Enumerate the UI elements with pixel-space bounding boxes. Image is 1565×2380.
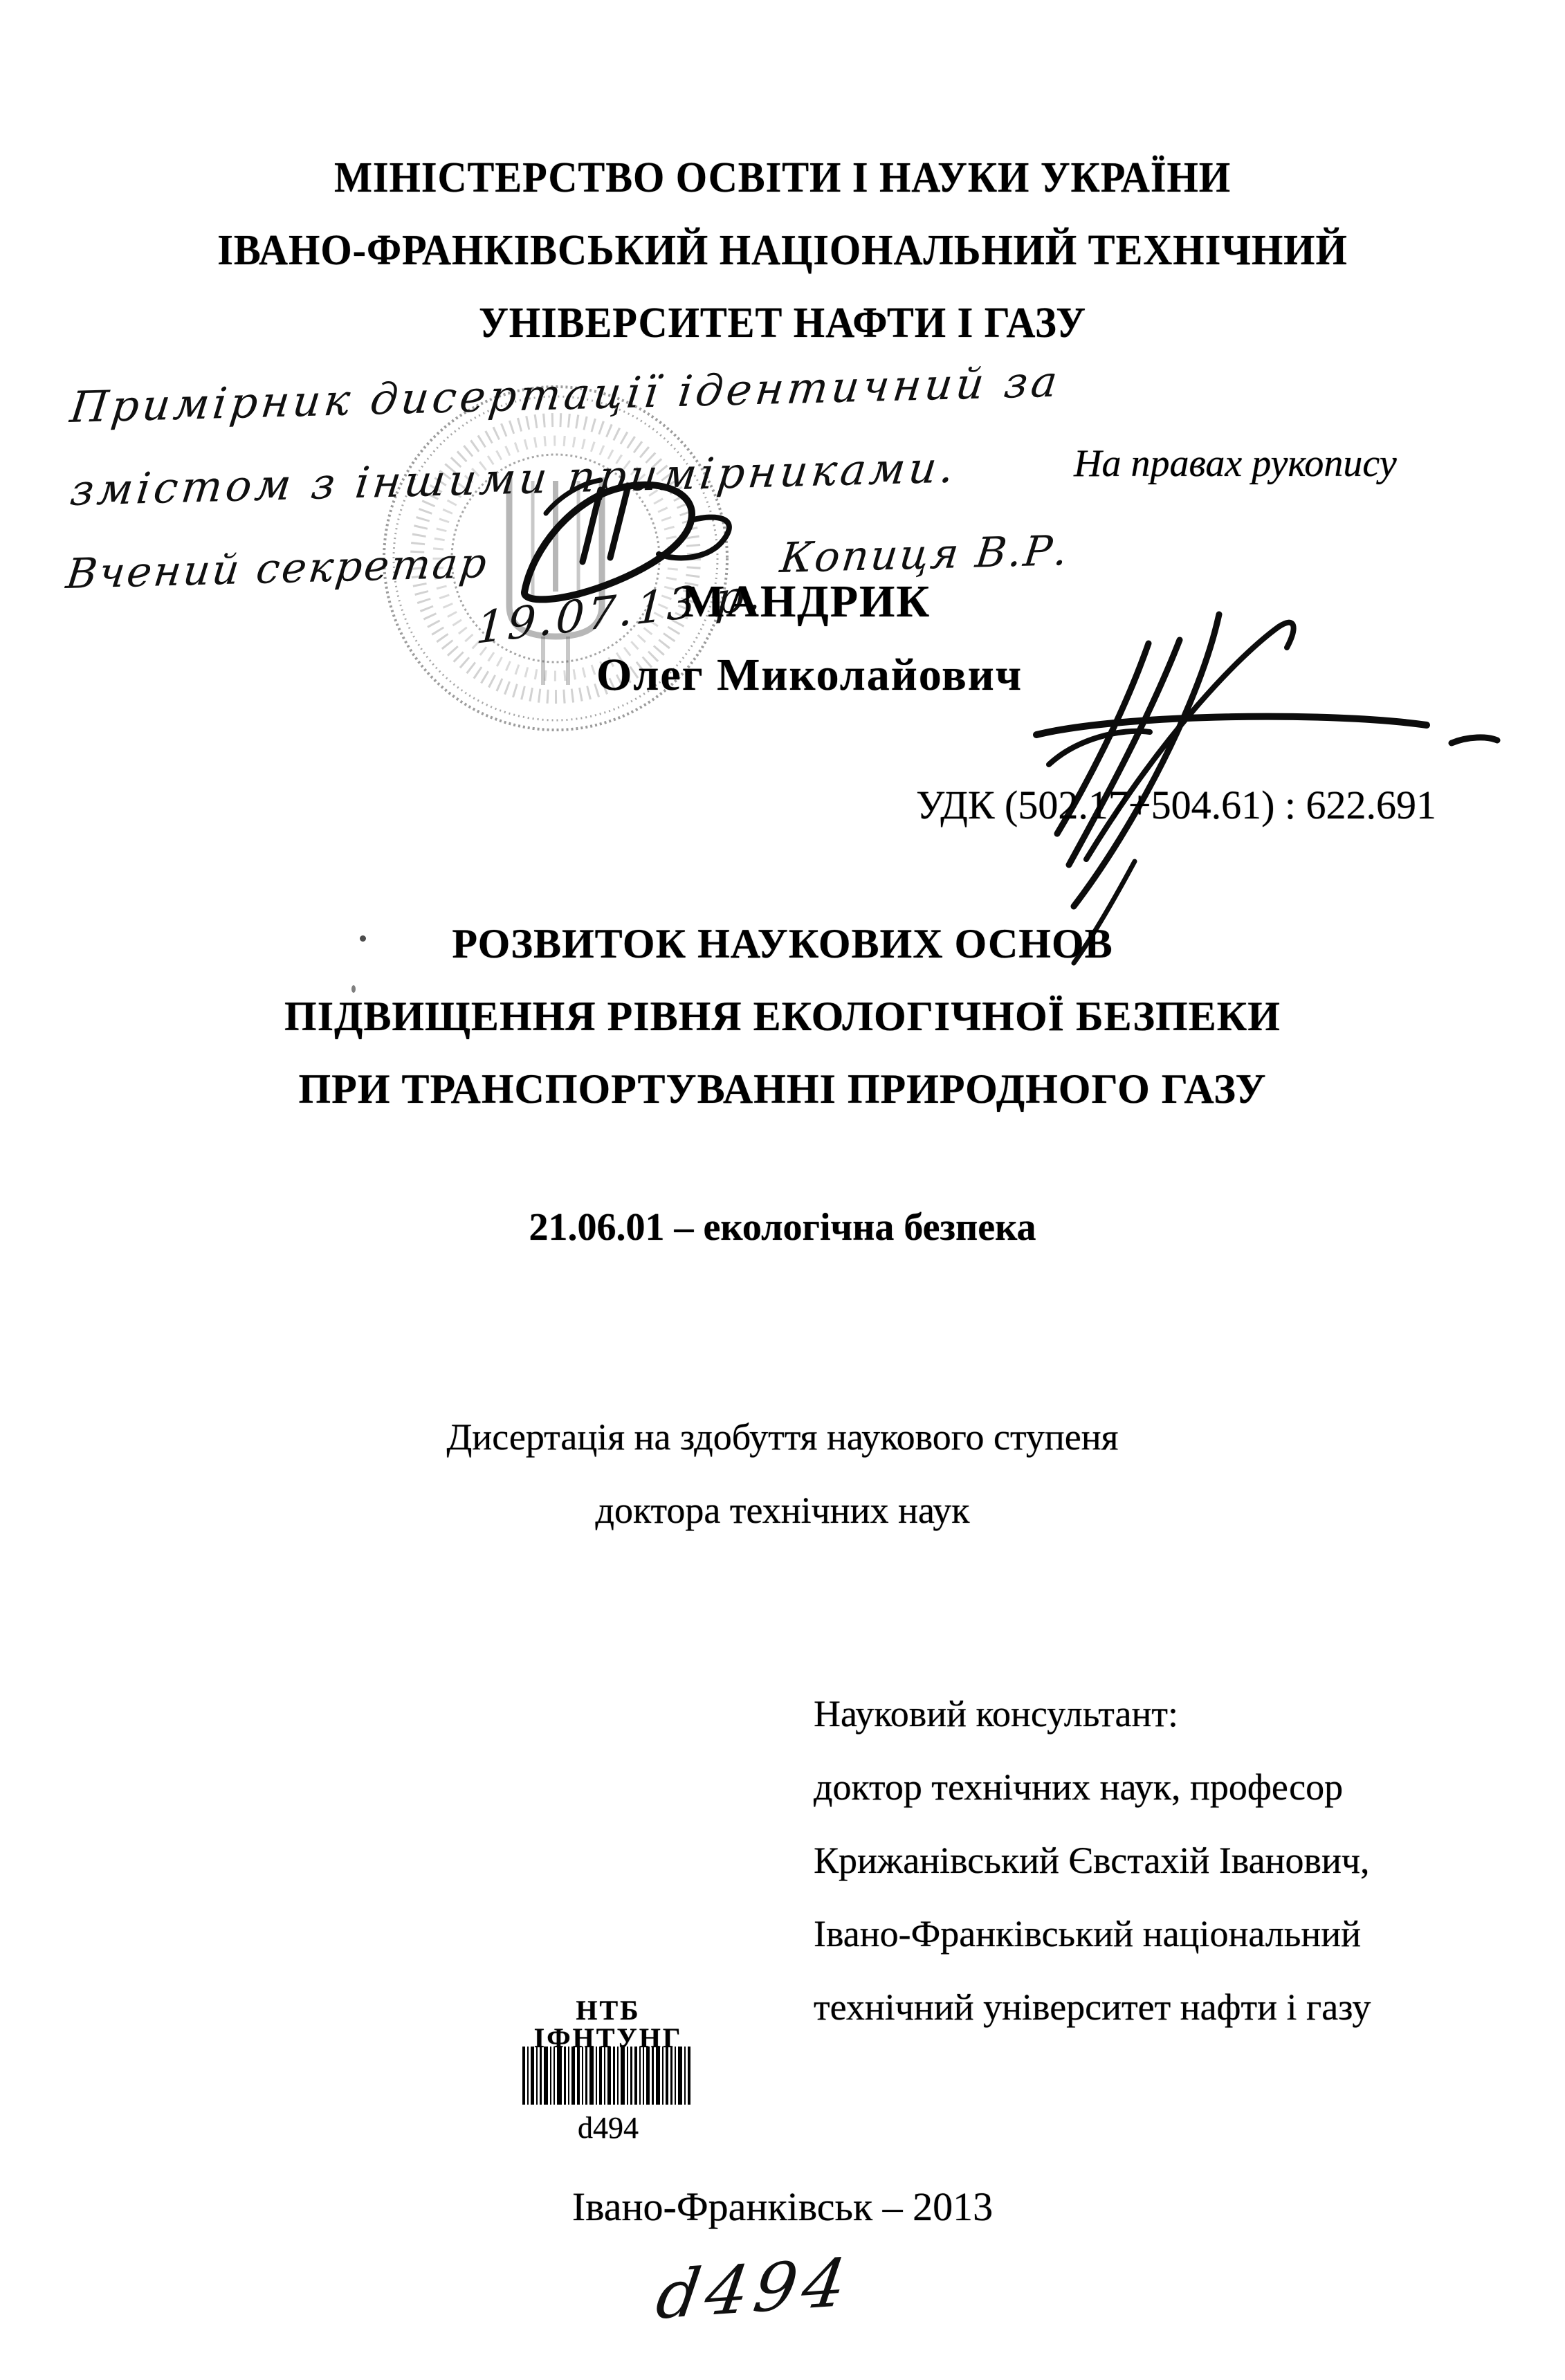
library-barcode-code: d494 bbox=[522, 2110, 694, 2145]
city-year-line: Івано-Франківськ – 2013 bbox=[0, 2184, 1565, 2230]
consultant-degree: доктор технічних наук, професор bbox=[814, 1766, 1343, 1809]
title-line-1: РОЗВИТОК НАУКОВИХ ОСНОВ bbox=[0, 920, 1565, 968]
specialty-line: 21.06.01 – екологічна безпека bbox=[0, 1205, 1565, 1249]
udc-index: УДК (502.17+504.61) : 622.691 bbox=[916, 782, 1436, 828]
dissertation-title-page: МІНІСТЕРСТВО ОСВІТИ І НАУКИ УКРАЇНИ ІВАН… bbox=[0, 0, 1565, 2380]
consultant-affiliation-1: Івано-Франківський національний bbox=[814, 1912, 1361, 1955]
handwritten-inventory-code: d494 bbox=[652, 2244, 857, 2334]
scan-speck bbox=[351, 985, 356, 993]
degree-line-1: Дисертація на здобуття наукового ступеня bbox=[0, 1416, 1565, 1458]
consultant-name: Крижанівський Євстахій Іванович, bbox=[814, 1839, 1370, 1882]
title-line-3: ПРИ ТРАНСПОРТУВАННІ ПРИРОДНОГО ГАЗУ bbox=[0, 1065, 1565, 1113]
consultant-affiliation-2: технічний університет нафти і газу bbox=[814, 1986, 1371, 2029]
library-barcode bbox=[522, 2047, 694, 2105]
degree-line-2: доктора технічних наук bbox=[0, 1489, 1565, 1532]
title-line-2: ПІДВИЩЕННЯ РІВНЯ ЕКОЛОГІЧНОЇ БЕЗПЕКИ bbox=[0, 993, 1565, 1041]
consultant-label: Науковий консультант: bbox=[814, 1692, 1178, 1735]
